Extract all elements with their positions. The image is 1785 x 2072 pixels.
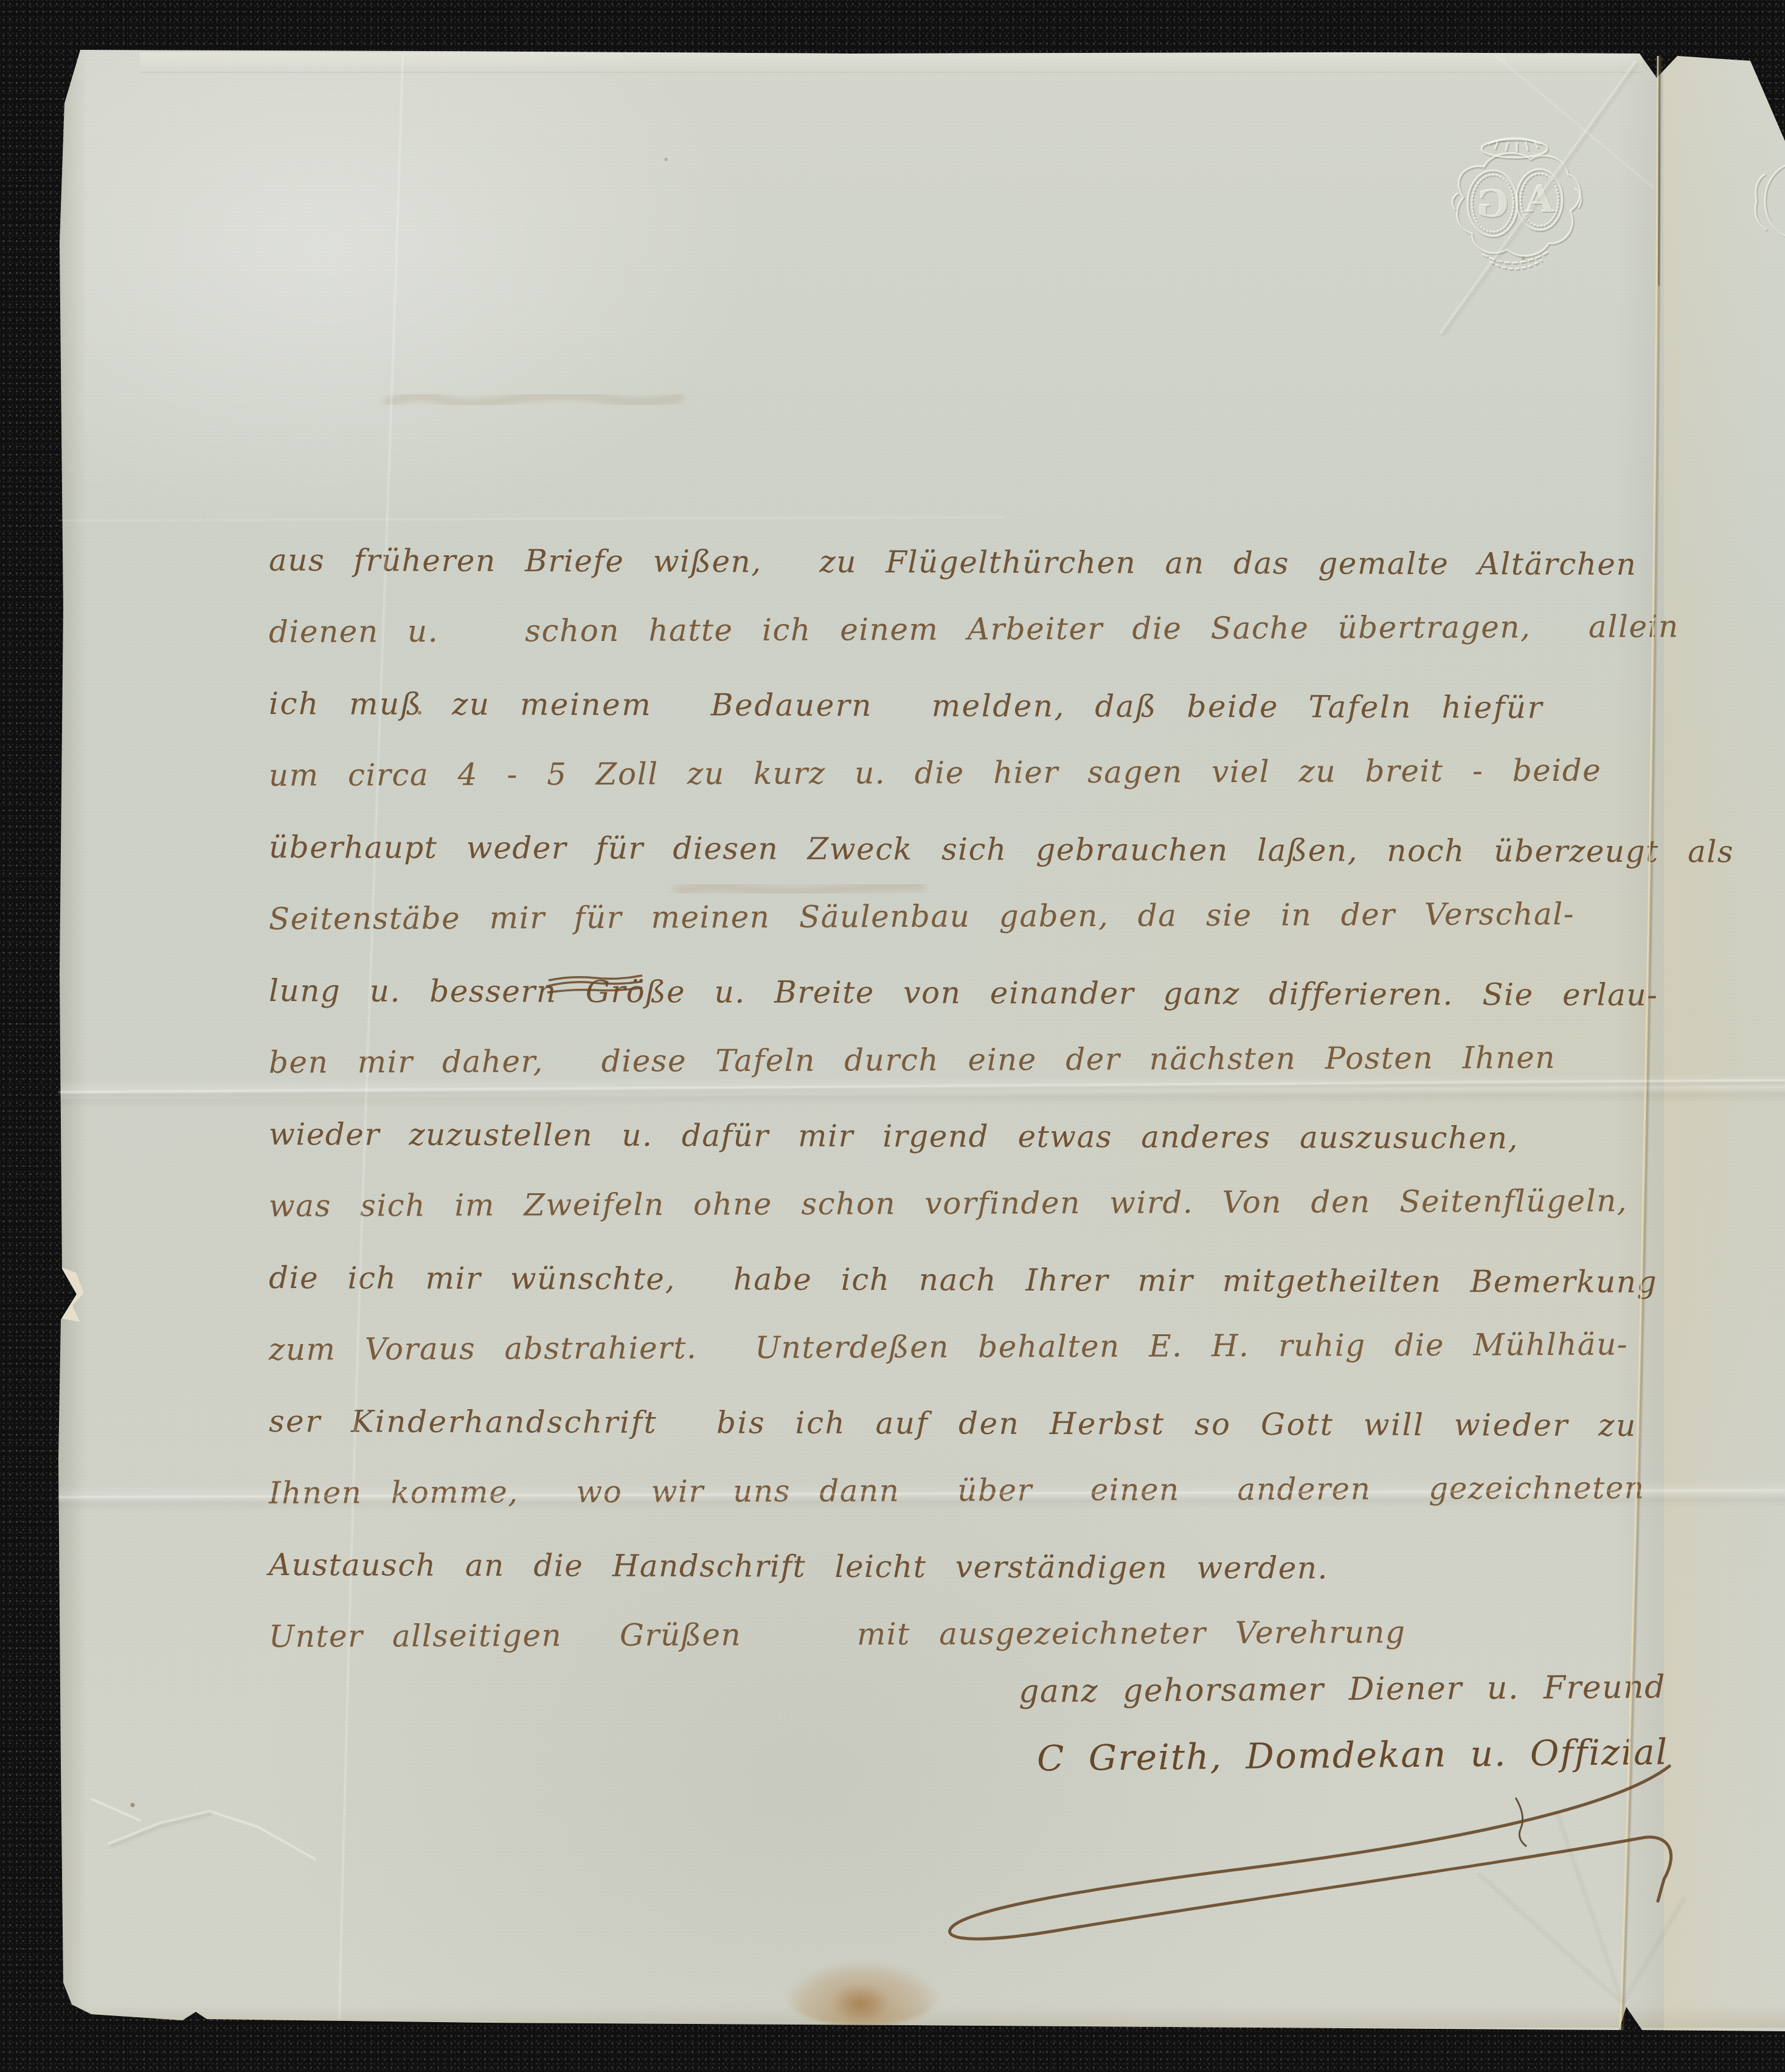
handwriting-line: zum Voraus abstrahiert. Unterdeßen behal… <box>269 1308 1655 1385</box>
handwriting-line: Austausch an die Handschrift leicht vers… <box>269 1529 1655 1605</box>
handwriting-line: wieder zuzustellen u. dafür mir irgend e… <box>269 1098 1655 1174</box>
scan-backdrop: G A aus früheren Brief <box>0 0 1785 2072</box>
ink-bleedthrough-dateline <box>372 369 701 427</box>
handwriting-line: lung u. bessern Größe u. Breite von eina… <box>269 955 1655 1031</box>
handwriting-line: was sich im Zweifeln ohne schon vorfinde… <box>269 1165 1655 1242</box>
handwriting-line: überhaupt weder für diesen Zweck sich ge… <box>269 811 1655 887</box>
handwriting-line: die ich mir wünschte, habe ich nach Ihre… <box>269 1242 1655 1318</box>
embossed-seal: G A <box>1446 130 1586 282</box>
bottom-stain-core <box>831 1984 889 2023</box>
handwriting-line: dienen u. schon hatte ich einem Arbeiter… <box>269 591 1655 668</box>
vertical-fold-discoloration <box>1664 55 1785 2031</box>
handwriting-line: ser Kinderhandschrift bis ich auf den He… <box>269 1385 1655 1461</box>
letter-body: aus früheren Briefe wißen, zu Flügelthür… <box>269 524 1655 1672</box>
handwriting-line: Ihnen komme, wo wir uns dann über einen … <box>269 1452 1655 1529</box>
handwriting-line: aus früheren Briefe wißen, zu Flügelthür… <box>269 524 1655 600</box>
handwriting-line: um circa 4 - 5 Zoll zu kurz u. die hier … <box>269 734 1655 811</box>
letter-paper-sheet: G A aus früheren Brief <box>0 0 1785 2072</box>
handwriting-line: Seitenstäbe mir für meinen Säulenbau gab… <box>269 878 1655 955</box>
paper-left-edge-shading <box>58 49 87 2025</box>
handwriting-line: ich muß zu meinem Bedauern melden, daß b… <box>269 668 1655 744</box>
embossed-seal-fragment <box>1738 137 1785 268</box>
handwriting-line: Unter allseitigen Grüßen mit ausgezeichn… <box>269 1595 1655 1672</box>
top-edge-foldover-strip <box>140 52 1642 73</box>
handwriting-line: ben mir daher, diese Tafeln durch eine d… <box>269 1021 1655 1098</box>
signature-name: C Greith, Domdekan u. Offizial <box>1037 1731 1669 1779</box>
valediction-line: ganz gehorsamer Diener u. Freund <box>1019 1669 1666 1710</box>
